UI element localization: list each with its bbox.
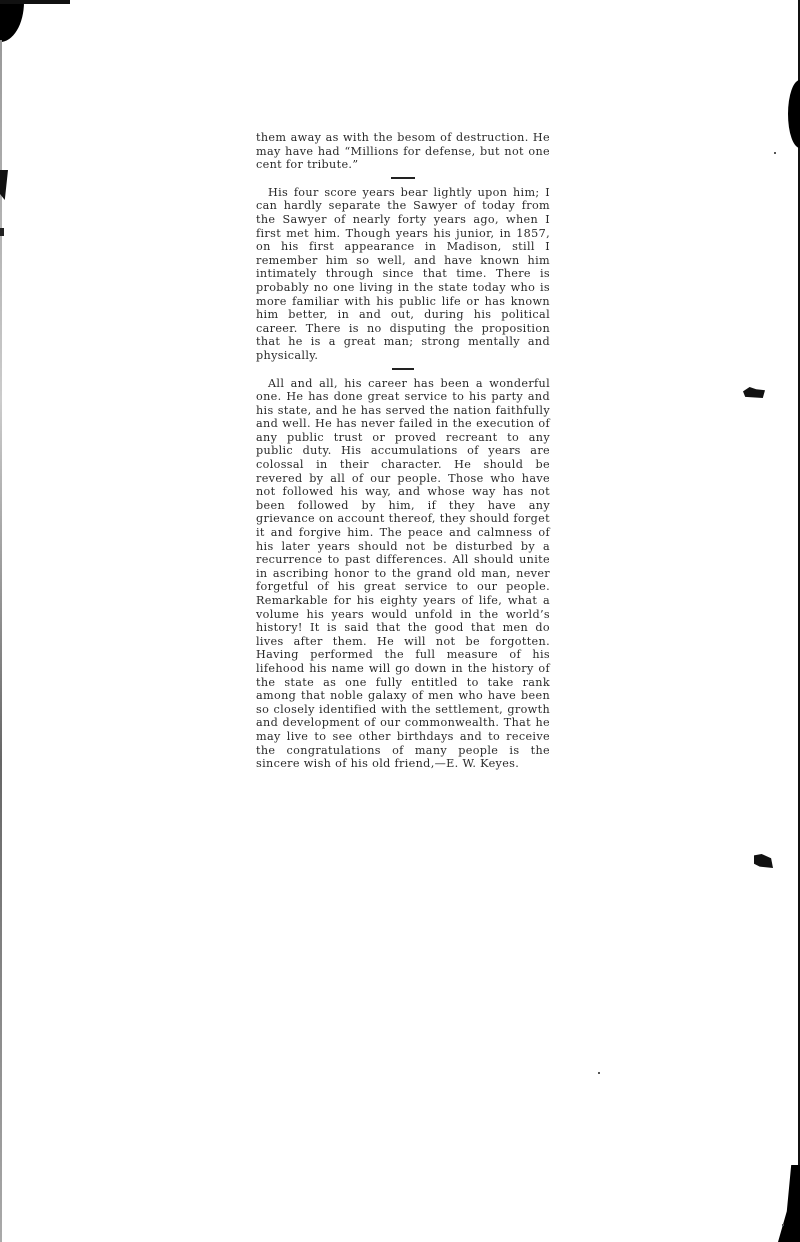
scan-corner-shadow: [0, 0, 24, 42]
scan-speck: [782, 1224, 784, 1226]
paragraph: His four score years bear lightly upon h…: [256, 186, 550, 363]
scan-speck: [598, 1072, 600, 1074]
scan-left-blot: [0, 170, 8, 200]
scan-left-edge: [0, 40, 2, 1242]
paragraph: them away as with the besom of destructi…: [256, 131, 550, 172]
separator-rule: [256, 363, 550, 377]
scan-right-shadow: [788, 80, 800, 148]
scan-bottom-right-shadow: [778, 1165, 800, 1242]
scanned-page: them away as with the besom of destructi…: [0, 0, 800, 1242]
scan-left-mark: [0, 228, 4, 236]
ink-blot: [754, 854, 773, 868]
ink-blot: [743, 387, 765, 398]
scan-speck: [774, 152, 776, 154]
paragraph: All and all, his career has been a wonde…: [256, 377, 550, 771]
separator-rule: [256, 172, 550, 186]
scan-top-edge: [0, 0, 70, 4]
article-column: them away as with the besom of destructi…: [256, 131, 550, 771]
